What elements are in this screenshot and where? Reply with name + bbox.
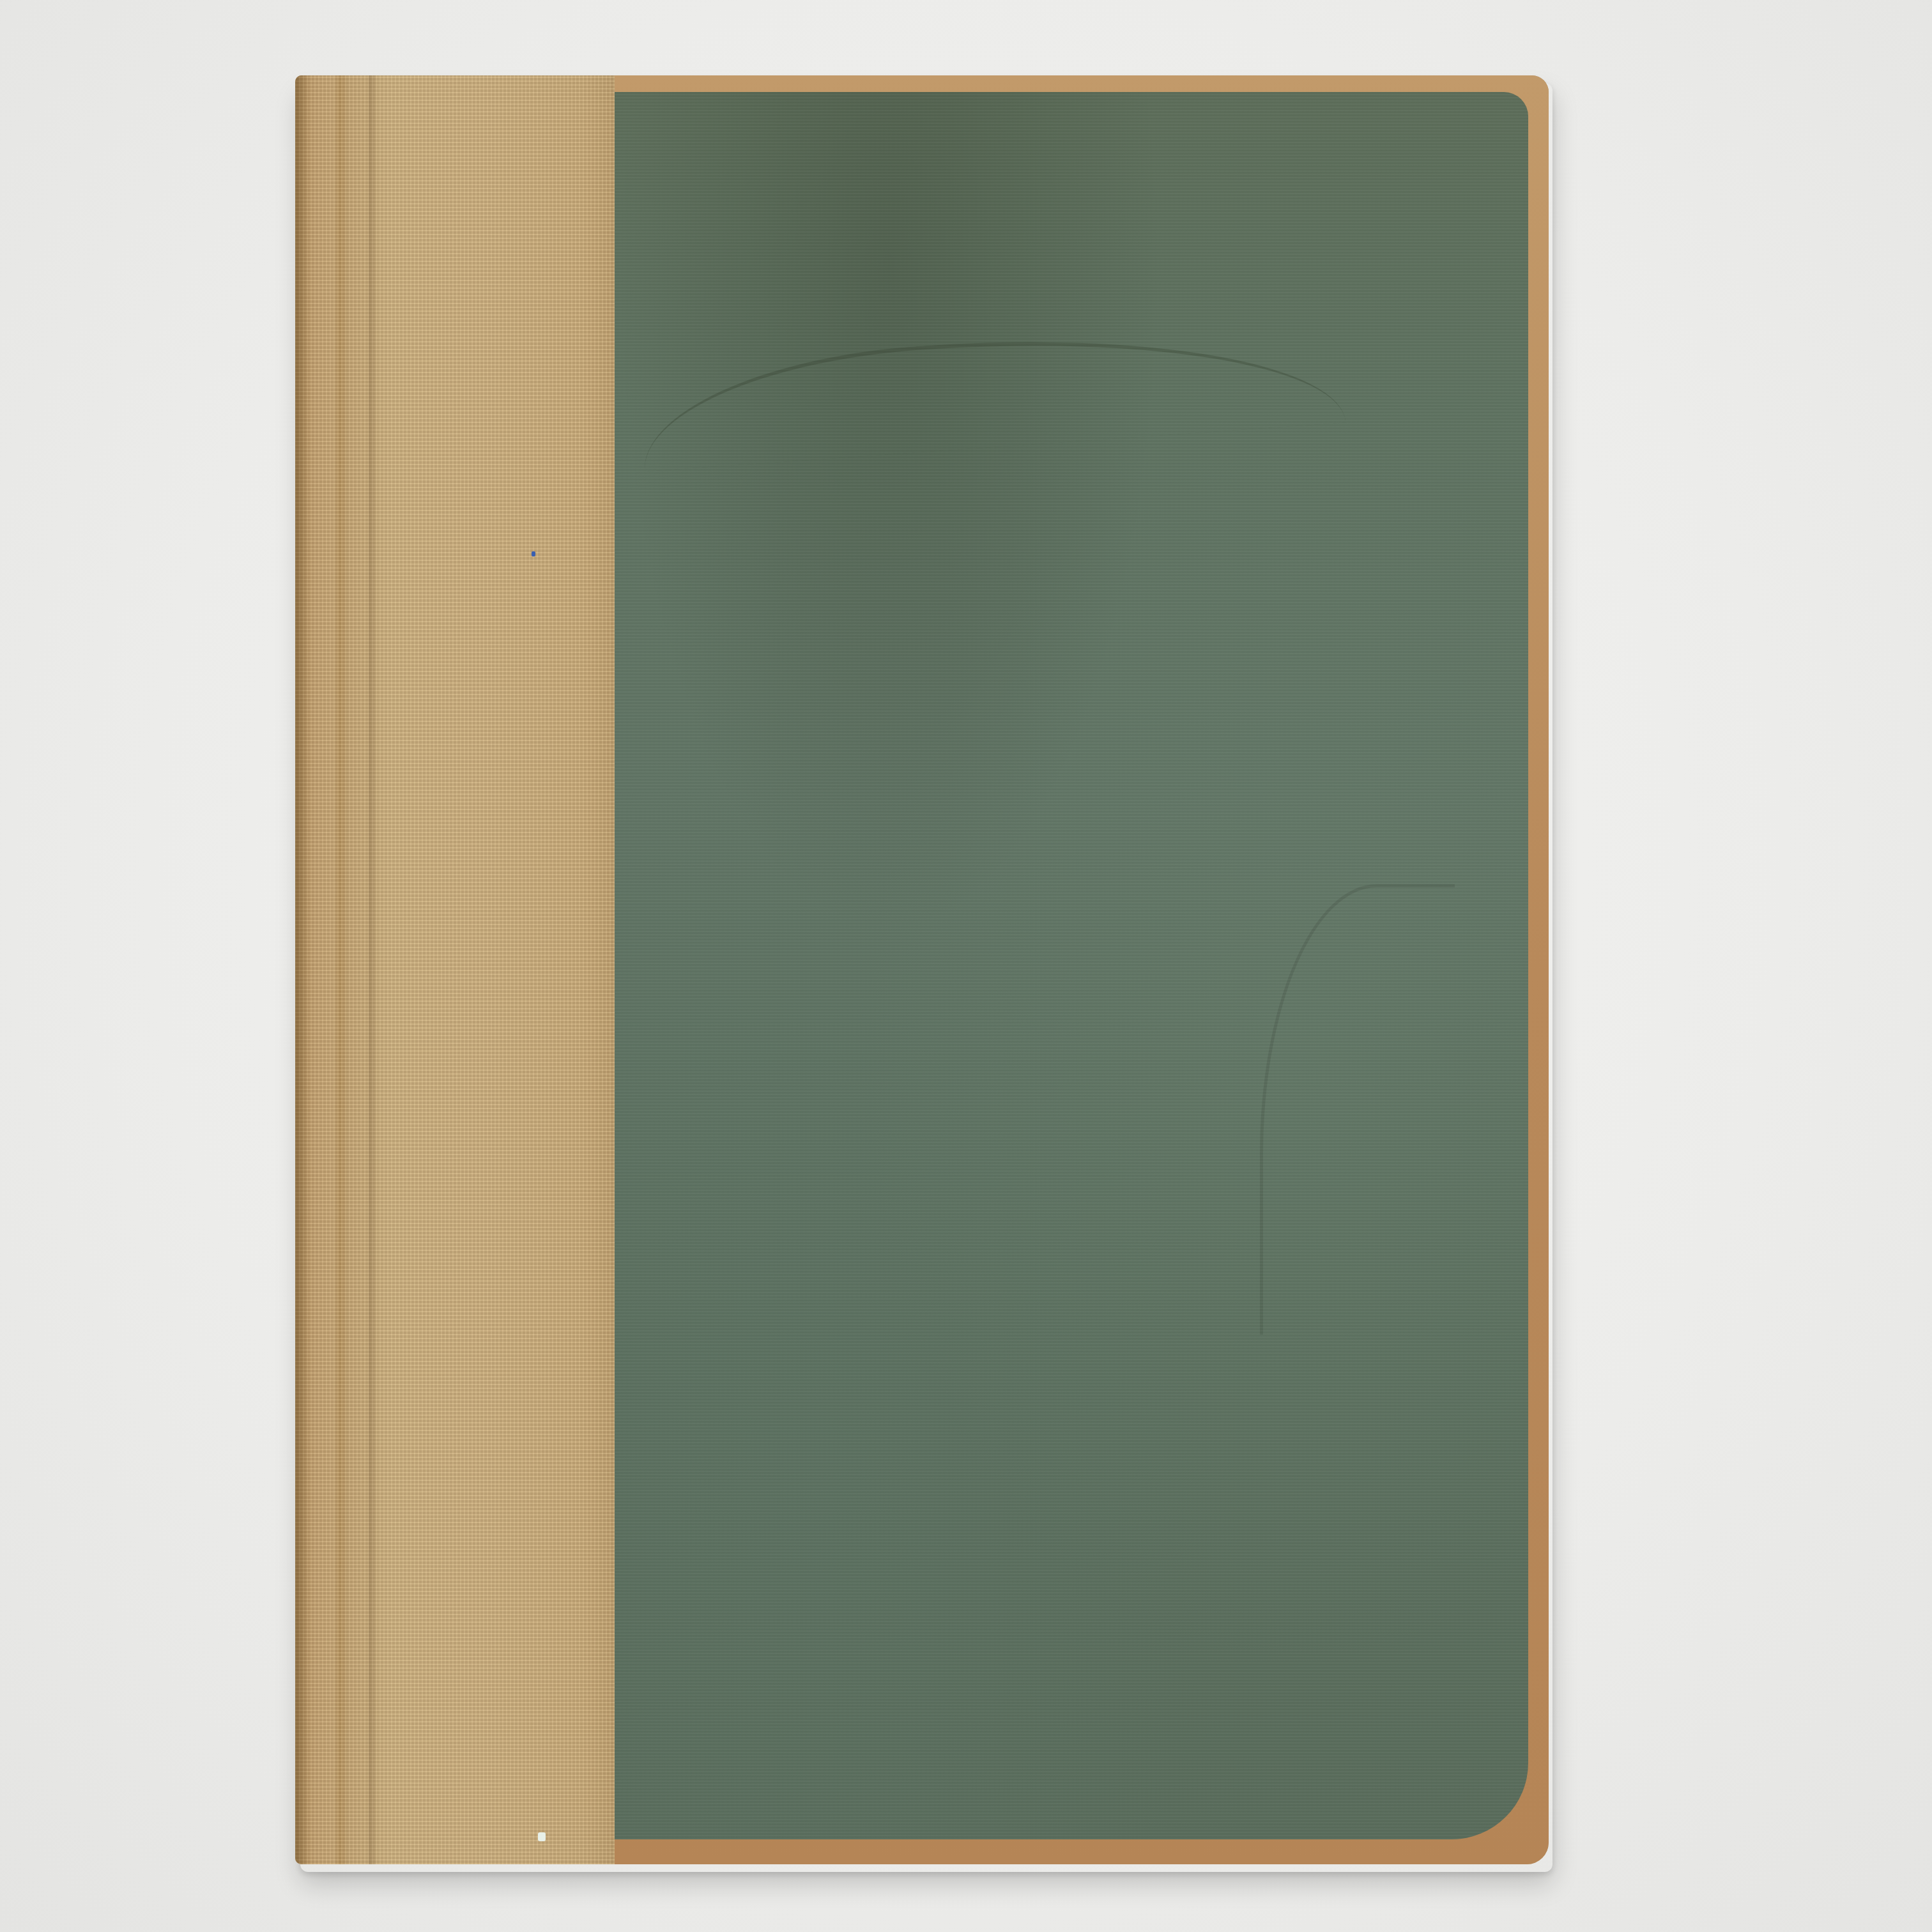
cloth-spine [295, 75, 615, 1864]
book [295, 75, 1549, 1864]
curved-water-stain [1260, 884, 1455, 1335]
green-cover-paper [615, 92, 1528, 1839]
spine-edge-shadow [295, 75, 309, 1864]
white-fleck [538, 1832, 546, 1841]
spine-hinge-groove [369, 75, 376, 1864]
water-stain-tide-line [638, 317, 1346, 471]
blue-fleck [532, 551, 535, 556]
